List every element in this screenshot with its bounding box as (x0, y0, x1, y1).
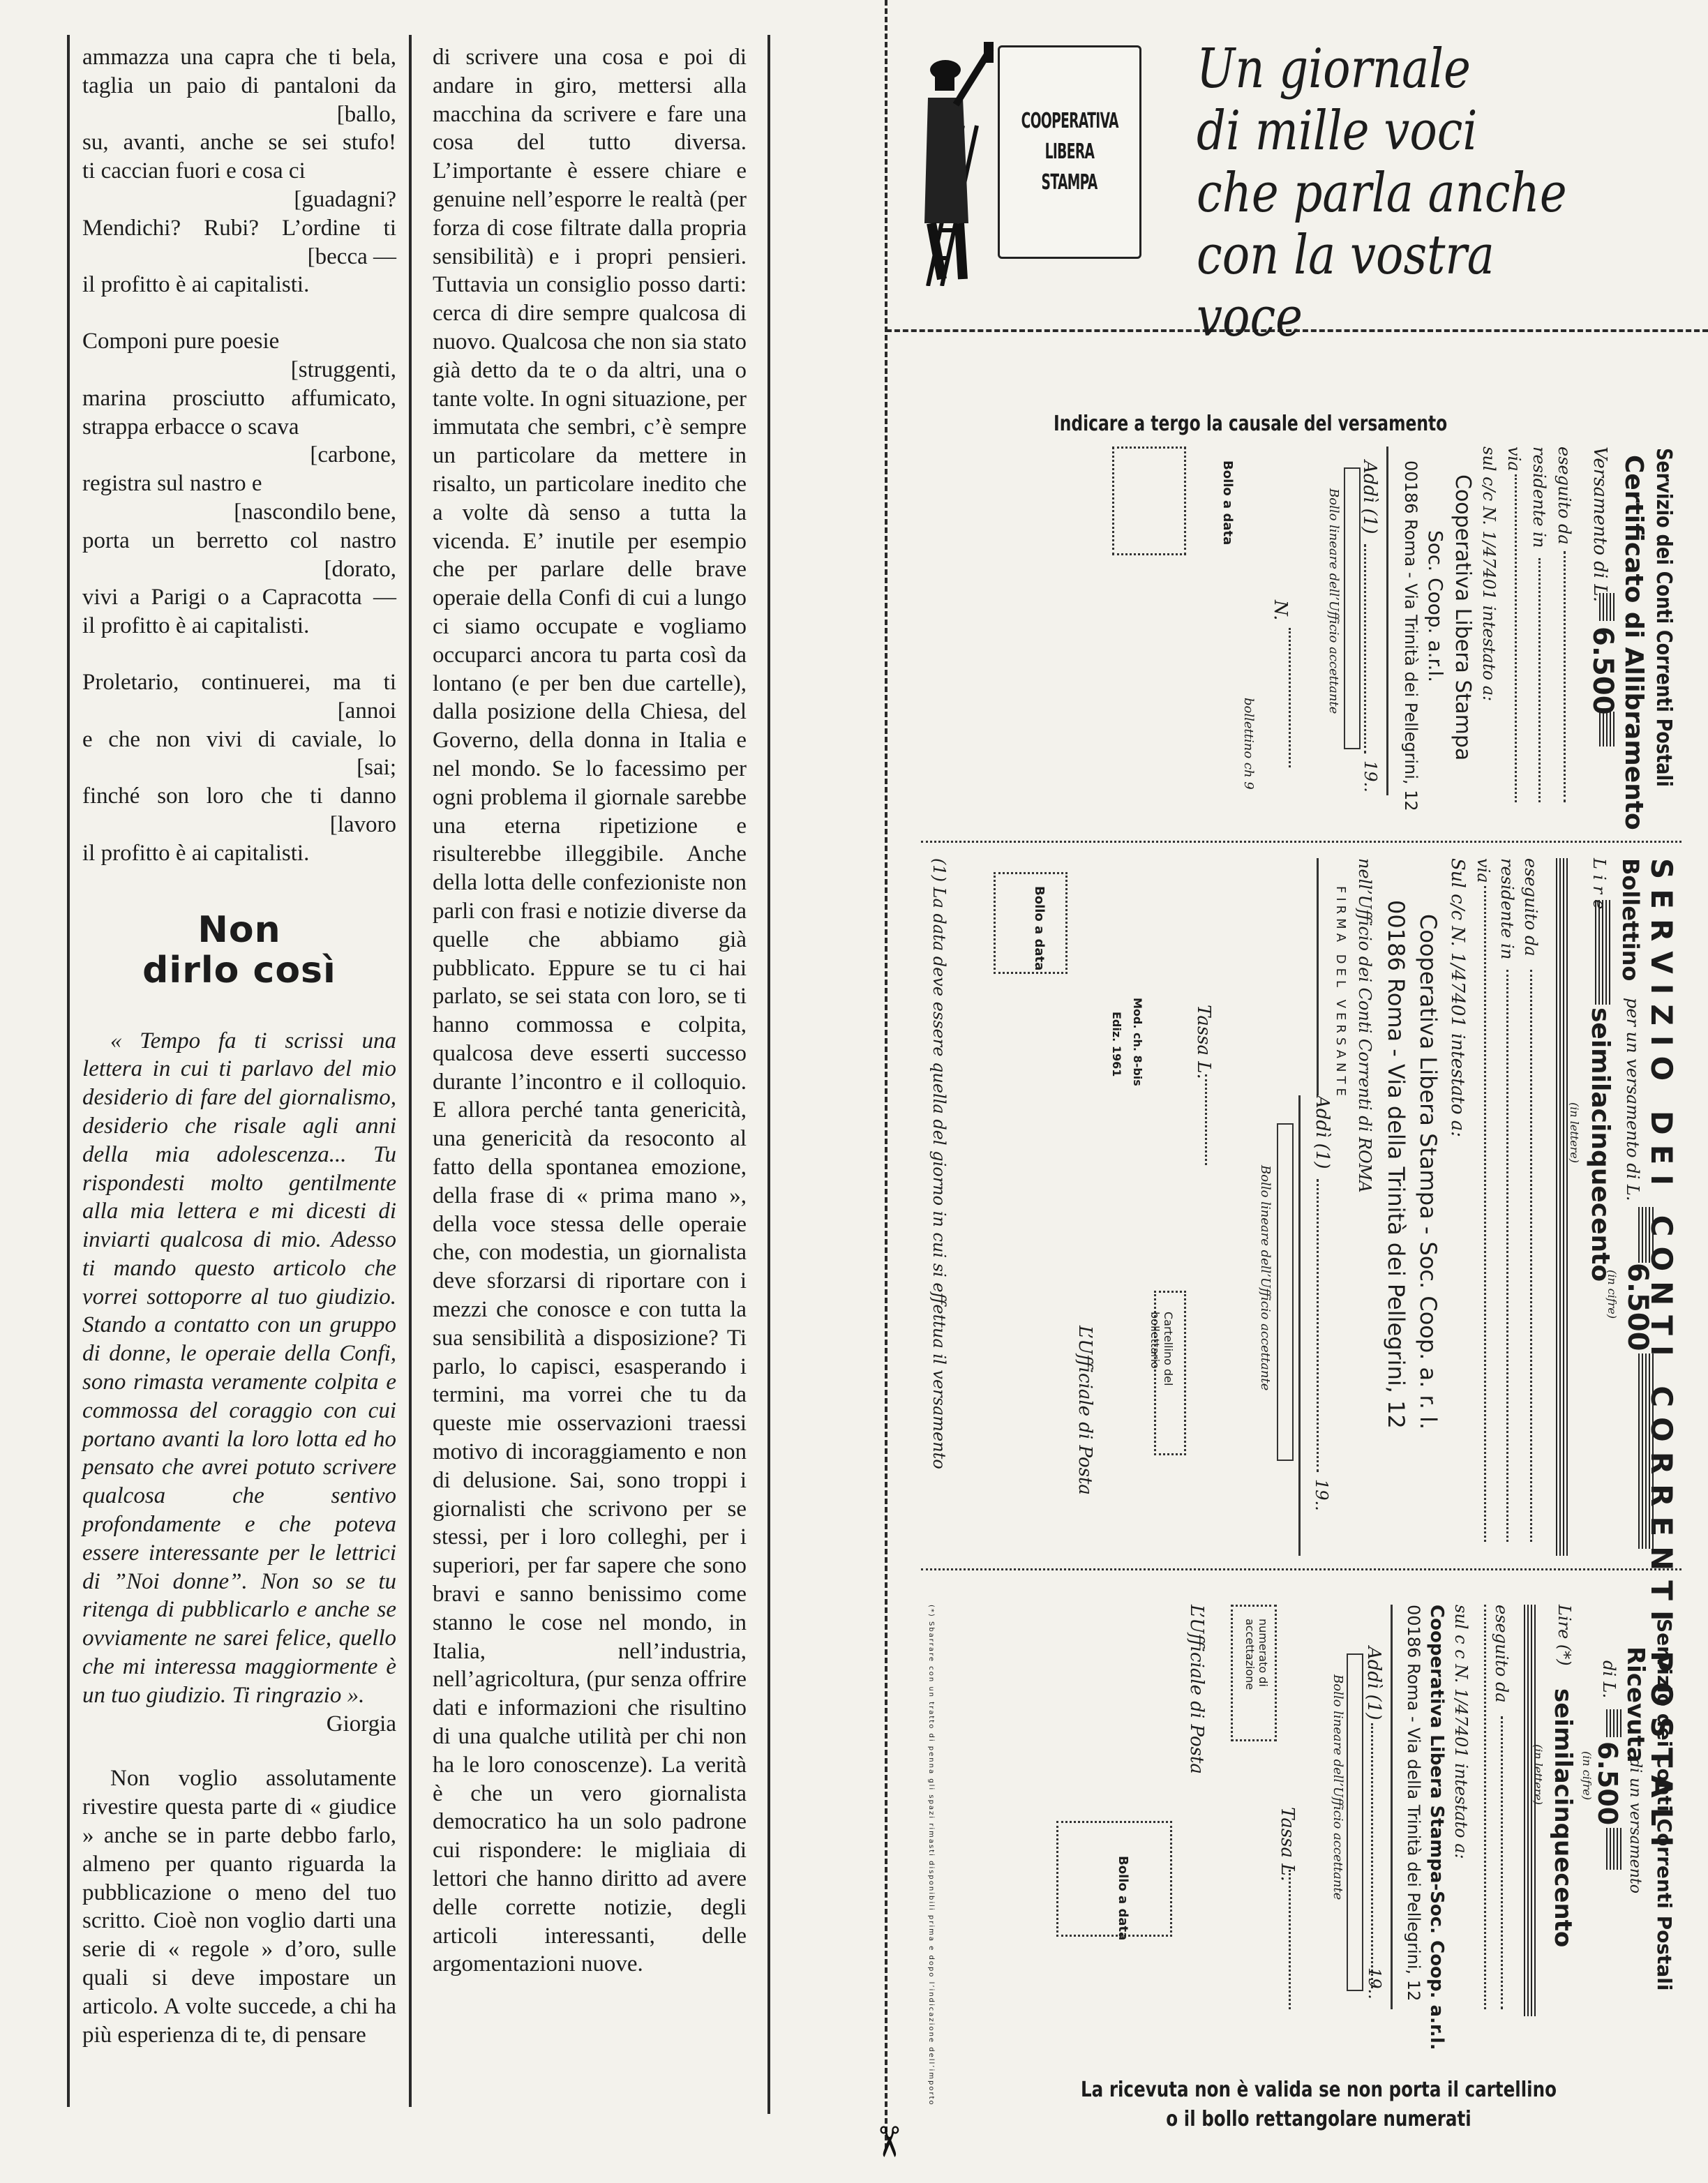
field-via[interactable] (1484, 886, 1486, 1542)
bollettino-label: bollettino ch 9 (1241, 698, 1256, 790)
poem-line: ammazza una capra che ti bela, (82, 43, 396, 72)
certificato-title: Certificato di Allibramento (1619, 455, 1648, 830)
ricevuta-amount-label: di L. (1599, 1660, 1619, 1698)
poem-line: il profitto è ai capitalisti. (82, 612, 396, 640)
sign-line: COOPERATIVA (1021, 106, 1118, 137)
label-eseguito-da: eseguito da (1492, 1605, 1511, 1703)
divider-line (1317, 858, 1319, 1095)
field-date[interactable] (1317, 1179, 1319, 1472)
slogan-line: che parla anche (1197, 163, 1607, 225)
amount-bars (1556, 858, 1570, 1556)
poem-line: vivi a Parigi o a Capracotta — (82, 583, 396, 612)
year-label: 19.. (1365, 1967, 1384, 2000)
lire-label: Lire (*) (1555, 1605, 1574, 1666)
poem-line: Proletario, continuerei, ma ti (82, 668, 396, 697)
bollo-lineare-label: Bollo lineare dell’Ufficio accettante (1326, 488, 1341, 714)
edition-label: Ediz. 1961 (1110, 1012, 1123, 1077)
poem-line: finché son loro che ti danno (82, 782, 396, 811)
bollo-a-data-box (1056, 1821, 1172, 1937)
bollettino-section: SERVIZIO DEI CONTI CORRENTI POSTALI Boll… (907, 844, 1688, 1563)
label-addi: Addì (1) (1312, 1095, 1333, 1169)
bollettino-footnote: (1) La data deve essere quella del giorn… (929, 858, 949, 1469)
amount-note: (in cifre) (1580, 1751, 1594, 1800)
ricevuta-amount-words: seimilacinquecento (1549, 1688, 1577, 1947)
year-label: 19.. (1312, 1479, 1331, 1511)
poem-line: [lavoro (82, 811, 396, 839)
poem-line: [nascondilo bene, (82, 498, 396, 527)
label-residente-in: residente in (1529, 447, 1549, 548)
label-residente-in: residente in (1497, 858, 1517, 959)
amount-bars (1524, 1605, 1538, 2016)
ricevuta-subtitle: di un versamento (1626, 1758, 1644, 1893)
article-column-2: di scrivere una cosa e poi di andare in … (433, 43, 747, 1979)
certificato-section: Servizio dei Conti Correnti Postali Cert… (907, 405, 1688, 837)
receipt-validity-note: La ricevuta non è valida se non porta il… (1061, 2076, 1576, 2134)
poem-line: [carbone, (82, 441, 396, 470)
label-eseguito-da: eseguito da (1521, 858, 1541, 957)
bollo-a-data-label: Bollo a data (1220, 460, 1235, 545)
label-addi: Addì (1) (1363, 1646, 1384, 1720)
bollo-a-data-label: Bollo a data (1116, 1856, 1130, 1940)
poem-line: taglia un paio di pantaloni da (82, 72, 396, 100)
numerato-label: numerato di accettazione (1243, 1619, 1270, 1730)
ricevuta-footnote: (*) Sbarrare con un tratto di penna gli … (927, 1605, 935, 2106)
reply-continued: di scrivere una cosa e poi di andare in … (433, 43, 747, 1979)
certificato-amount-label: Versamento di L. (1589, 447, 1610, 602)
label-eseguito-da: eseguito da (1555, 447, 1574, 545)
tassa-label: Tassa L. (1193, 1005, 1214, 1079)
poem-stanza-1: ammazza una capra che ti bela, taglia un… (82, 43, 396, 299)
certificato-service: Servizio dei Conti Correnti Postali (1651, 448, 1676, 787)
poem-stanza-2: Componi pure poesie [struggenti, marina … (82, 327, 396, 640)
amount-bars (1595, 900, 1612, 1005)
divider-line (1386, 447, 1388, 795)
postal-payment-form: Indicare a tergo la causale del versamen… (907, 405, 1688, 2030)
cartellino-label: Cartellino del bollettario (1148, 1312, 1175, 1437)
bollo-a-data-box (994, 872, 1067, 974)
label-via: via (1474, 858, 1493, 883)
ricevuta-address: 00186 Roma - Via della Trinità dei Pelle… (1404, 1605, 1423, 2001)
bollettino-amount-words: seimilacinquecento (1586, 1007, 1615, 1282)
poem-line: Componi pure poesie (82, 327, 396, 356)
certificato-payee-2: Soc. Coop. a.r.l. (1424, 530, 1447, 682)
poem-line: il profitto è ai capitalisti. (82, 839, 396, 868)
amount-bars (1606, 1709, 1621, 1737)
certificato-amount: 6.500 (1587, 627, 1619, 715)
poem-line: [ballo, (82, 100, 396, 129)
article-heading: Non dirlo così (82, 910, 396, 991)
poem-line: il profitto è ai capitalisti. (82, 271, 396, 299)
column2-right-rule (767, 35, 770, 2114)
field-residente-in[interactable] (1506, 970, 1508, 1542)
heading-line: dirlo così (82, 950, 396, 991)
divider-line (1298, 1095, 1301, 1556)
field-date[interactable] (1371, 1723, 1373, 1988)
bollettino-payee: Cooperativa Libera Stampa - Soc. Coop. a… (1415, 914, 1441, 1430)
bollettino-account: Sul c/c N. 1/47401 intestato a: (1447, 858, 1468, 1137)
model-label: Mod. ch. 8-bis (1131, 998, 1144, 1086)
year-label: 19.. (1361, 760, 1380, 793)
sign-line: STAMPA (1042, 167, 1098, 198)
poem-line: ti caccian fuori e cosa ci (82, 157, 396, 186)
firma-label: FIRMA DEL VERSANTE (1333, 886, 1348, 1100)
bollo-lineare-box (1277, 1123, 1294, 1461)
poem-line: Mendichi? Rubi? L’ordine ti (82, 214, 396, 243)
slogan-line: di mille voci (1197, 100, 1607, 163)
poem-line: strappa erbacce o scava (82, 413, 396, 442)
poem-line: porta un berretto col nastro (82, 527, 396, 555)
ufficiale-label: L’Ufficiale di Posta (1074, 1326, 1095, 1495)
bollo-lineare-label: Bollo lineare dell’Ufficio accettante (1258, 1165, 1273, 1390)
amount-bars (1638, 1207, 1654, 1263)
ricevuta-section: Servizio dei Conti Correnti Postali Rice… (907, 1577, 1688, 2023)
ricevuta-account: sul c c N. 1/47401 intestato a: (1451, 1605, 1471, 1859)
divider-line (1391, 1605, 1393, 2009)
field-address-line[interactable] (1484, 1605, 1486, 2009)
bollo-lineare-label: Bollo lineare dell’Ufficio accettante (1331, 1674, 1345, 1900)
field-eseguito-da[interactable] (1501, 1716, 1503, 2009)
bollettino-address: 00186 Roma - Via della Trinità dei Pelle… (1383, 900, 1409, 1429)
field-numero[interactable] (1289, 628, 1291, 767)
tassa-label: Tassa L. (1277, 1807, 1298, 1882)
ricevuta-title: Ricevuta (1621, 1646, 1649, 1763)
bollettino-subtitle: per un versamento di L. (1623, 998, 1642, 1201)
certificato-account: sul c/c N. 1/47401 intestato a: (1479, 447, 1499, 701)
ufficiale-label: L’Ufficiale di Posta (1186, 1605, 1207, 1774)
letter-signature: Giorgia (82, 1710, 396, 1739)
ad-slogan: Un giornale di mille voci che parla anch… (1197, 38, 1607, 349)
footer-line: La ricevuta non è valida se non porta il… (1061, 2076, 1576, 2105)
field-tassa[interactable] (1289, 1870, 1291, 2009)
field-eseguito-da[interactable] (1530, 970, 1532, 1542)
ricevuta-service: Servizio dei Conti Correnti Postali (1653, 1619, 1676, 1990)
cooperativa-sign: COOPERATIVA LIBERA STAMPA (998, 45, 1141, 259)
slogan-line: Un giornale (1197, 38, 1607, 100)
poem-line: [annoi (82, 697, 396, 726)
bollettino-amount: 6.500 (1621, 1263, 1654, 1351)
heading-line: Non (82, 910, 396, 950)
section-separator (921, 1568, 1681, 1570)
ricevuta-amount: 6.500 (1592, 1741, 1623, 1825)
poem-line: [becca — (82, 243, 396, 271)
poem-line: [sai; (82, 753, 396, 782)
bollo-lineare-box (1344, 467, 1361, 749)
amount-bars (1599, 593, 1615, 621)
reader-letter: « Tempo fa ti scrissi una lettera in cui… (82, 1027, 396, 1710)
bollettino-title: Bollettino (1617, 858, 1644, 981)
poem-line: registra sul nastro e (82, 470, 396, 498)
section-separator (921, 841, 1681, 843)
column1-left-rule (67, 35, 70, 2107)
poem-line: [guadagni? (82, 186, 396, 214)
bollettino-office: nell’Ufficio dei Conti Correnti di ROMA (1355, 858, 1374, 1193)
slogan-line: con la vostra voce (1197, 225, 1607, 349)
footer-line: o il bollo rettangolare numerati (1061, 2105, 1576, 2134)
poem-line: marina prosciutto affumicato, (82, 384, 396, 413)
certificato-address: 00186 Roma - Via Trinità dei Pellegrini,… (1401, 460, 1421, 811)
bollo-a-data-label: Bollo a data (1032, 886, 1047, 970)
column-divider-rule (409, 35, 412, 2107)
poem-stanza-3: Proletario, continuerei, ma ti [annoi e … (82, 668, 396, 868)
field-residente-in[interactable] (1538, 558, 1541, 802)
poem-line: su, avanti, anche se sei stufo! (82, 128, 396, 157)
poem-line: [dorato, (82, 555, 396, 584)
amount-bars (1599, 712, 1615, 747)
field-eseguito-da[interactable] (1564, 551, 1566, 802)
cut-line-vertical (885, 0, 887, 2149)
poem-line: e che non vivi di caviale, lo (82, 726, 396, 754)
field-via[interactable] (1515, 474, 1517, 802)
bollo-lineare-box (1347, 1653, 1363, 1991)
amount-bars (1606, 1828, 1621, 1870)
field-date[interactable] (1364, 544, 1366, 753)
certificato-payee-1: Cooperativa Libera Stampa (1451, 474, 1475, 760)
amount-bars (1638, 1353, 1654, 1549)
bollo-a-data-box (1112, 447, 1186, 555)
numero-label: N. (1270, 600, 1291, 620)
article-column-1: ammazza una capra che ti bela, taglia un… (82, 43, 396, 2049)
sign-line: LIBERA (1045, 137, 1095, 167)
reply-paragraph: Non voglio assolutamente rivestire quest… (82, 1764, 396, 2049)
label-addi: Addì (1) (1359, 460, 1380, 534)
ricevuta-payee: Cooperativa Libera Stampa-Soc. Coop. a.r… (1426, 1605, 1447, 2050)
scissors-icon: ✂ (867, 2124, 909, 2159)
label-via: via (1504, 447, 1524, 472)
field-tassa[interactable] (1205, 1074, 1207, 1165)
poem-line: [struggenti, (82, 356, 396, 384)
